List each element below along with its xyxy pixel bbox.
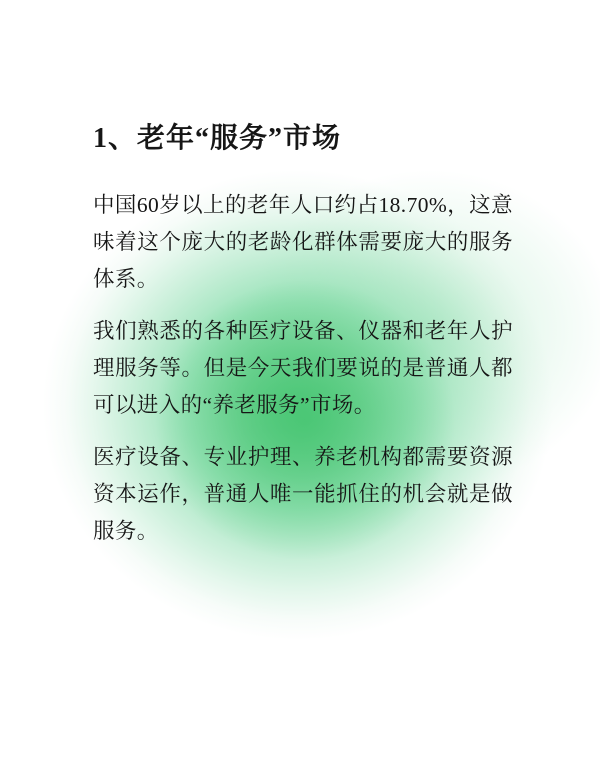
article-paragraph-2: 我们熟悉的各种医疗设备、仪器和老年人护理服务等。但是今天我们要说的是普通人都可以… [93,313,513,424]
article-paragraph-1: 中国60岁以上的老年人口约占18.70%，这意味着这个庞大的老龄化群体需要庞大的… [93,187,513,298]
article-content: 1、老年“服务”市场 中国60岁以上的老年人口约占18.70%，这意味着这个庞大… [93,122,513,565]
article-title: 1、老年“服务”市场 [93,122,513,156]
article-paragraph-3: 医疗设备、专业护理、养老机构都需要资源资本运作，普通人唯一能抓住的机会就是做服务… [93,439,513,550]
article-page: 1、老年“服务”市场 中国60岁以上的老年人口约占18.70%，这意味着这个庞大… [0,0,600,773]
